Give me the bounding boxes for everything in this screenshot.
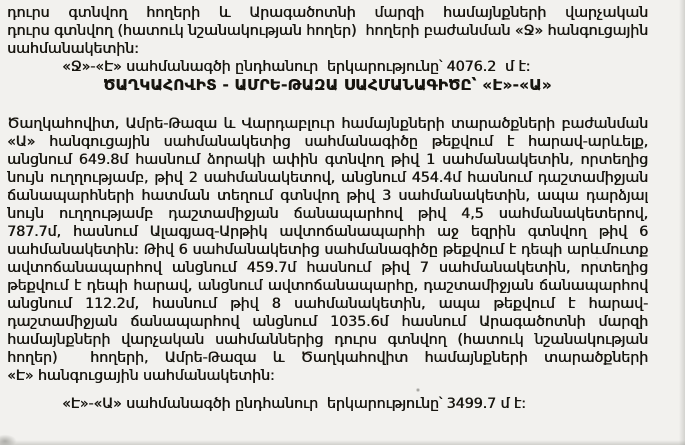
- body-paragraph-line-14: հողեր) հողերի, Ամրե-Թազա և Ծաղկահովիտ հա…: [7, 349, 648, 367]
- total-length-j-e-line-1: «Ջ»-«Է» սահմանագծի ընդհանուր երկարությու…: [7, 58, 648, 76]
- section-heading-line-1: ԾԱՂԿԱՀՈՎԻՏ - ԱՄՐԵ-ԹԱԶԱ ՍԱՀՄԱՆԱԳԻԾԸ՝ «Է»-…: [7, 76, 648, 94]
- continuation-paragraph-line-1: դուրս գտնվող հողերի և Արագածոտնի մարզի հ…: [7, 4, 648, 22]
- document-text: դուրս գտնվող հողերի և Արագածոտնի մարզի հ…: [7, 4, 648, 413]
- total-length-e-a: «Է»-«Ա» սահմանագծի ընդհանուր երկարությու…: [7, 395, 648, 413]
- body-paragraph-line-3: անցնում 649.8մ հասնում ձորակի ափին գտնվո…: [7, 151, 648, 169]
- body-paragraph-line-10: թեքվում է դեպի հարավ, անցնում ավտոճանապա…: [7, 277, 648, 295]
- continuation-paragraph: դուրս գտնվող հողերի և Արագածոտնի մարզի հ…: [7, 4, 648, 58]
- body-paragraph-line-12: դաշտամիջյան ճանապարհով անցնում 1035.6մ հ…: [7, 313, 648, 331]
- total-length-e-a-line-1: «Է»-«Ա» սահմանագծի ընդհանուր երկարությու…: [7, 395, 648, 413]
- body-paragraph-line-2: «Ա» հանգուցային սահմանակետից սահմանագիծը…: [7, 133, 648, 151]
- continuation-paragraph-line-2: դուրս գտնվող (հատուկ նշանակության հողեր)…: [7, 22, 648, 40]
- body-paragraph-line-1: Ծաղկահովիտ, Ամրե-Թազա և Վարդաբլուր համայ…: [7, 115, 648, 133]
- scanned-document-page: դուրս գտնվող հողերի և Արագածոտնի մարզի հ…: [0, 0, 685, 445]
- body-paragraph-line-7: 787.7մ, հասնում Ալագյազ-Արթիկ ավտոճանապա…: [7, 223, 648, 241]
- body-paragraph-line-5: ճանապարհների հատման տեղում գտնվող թիվ 3 …: [7, 187, 648, 205]
- section-heading: ԾԱՂԿԱՀՈՎԻՏ - ԱՄՐԵ-ԹԱԶԱ ՍԱՀՄԱՆԱԳԻԾԸ՝ «Է»-…: [7, 76, 648, 94]
- body-paragraph-line-11: անցնում 112.2մ, հասնում թիվ 8 սահմանակետ…: [7, 295, 648, 313]
- total-length-j-e: «Ջ»-«Է» սահմանագծի ընդհանուր երկարությու…: [7, 58, 648, 76]
- continuation-paragraph-line-3: սահմանակետին:: [7, 40, 648, 58]
- body-paragraph: Ծաղկահովիտ, Ամրե-Թազա և Վարդաբլուր համայ…: [7, 115, 648, 385]
- body-paragraph-line-4: նույն ուղղությամբ, թիվ 2 սահմանակետով, ա…: [7, 169, 648, 187]
- body-paragraph-line-6: նույն ուղղությամբ դաշտամիջյան ճանապարհով…: [7, 205, 648, 223]
- body-paragraph-line-8: սահմանակետին: Թիվ 6 սահմանակետից սահմանա…: [7, 241, 648, 259]
- body-paragraph-line-9: ավտոճանապարհով անցնում 459.7մ հասնում թի…: [7, 259, 648, 277]
- body-paragraph-line-13: համայնքների վարչական սահմաններից դուրս գ…: [7, 331, 648, 349]
- body-paragraph-line-15: «Է» հանգուցային սահմանակետին:: [7, 367, 648, 385]
